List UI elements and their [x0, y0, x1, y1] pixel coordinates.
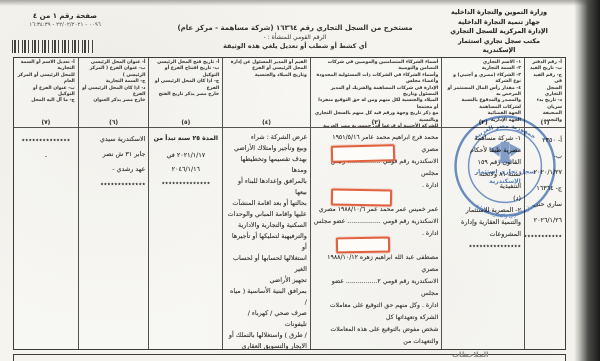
scan-top-shadow	[0, 0, 600, 6]
ministry-header: وزارة التموين والتجارة الداخليةجهاز تنمي…	[443, 8, 555, 56]
column-body: المدة ٢٥ سنة تبدأ من ٢٠٢١/١/١٧ في٢٠٤٦/١/…	[149, 128, 222, 349]
column-number: (٤)	[223, 120, 310, 126]
scan-right-shadow	[574, 0, 600, 361]
scanned-document-photo: صفحة رقم ١ من ٤ ٠٠٩٦ - ٢٢/٠٢/٢٠٢١ - ١٦:٣…	[0, 0, 600, 361]
table-column-duration-dates: أ- تاريخ فتح المحل الرئيسيب- تاريخ افتتا…	[148, 58, 222, 349]
table-column-registration-numbers: أ- رقم الدفترب- تاريخ القيدج- رقم القيد …	[524, 58, 565, 349]
column-number: (٦)	[79, 120, 149, 126]
redaction-box	[336, 237, 390, 254]
column-header: أ- تاريخ فتح المحل الرئيسيب- تاريخ افتتا…	[149, 58, 222, 128]
column-number: (٥)	[149, 120, 222, 126]
column-number: (١)	[525, 120, 565, 126]
column-header: ١- الاسم التجاري٢- السمة التجارية٣- الشر…	[442, 58, 524, 128]
column-header: أسماء الشركاء المتضامنين والموصين في شرك…	[311, 58, 441, 128]
table-column-address: أ- عنوان المحل الرئيسيب- عنوان الفرع ( ا…	[78, 58, 149, 349]
document-title-block: مستخرج من السجل التجاري رقم ١٦٣٦٤ (شركة …	[170, 23, 420, 51]
scan-timestamp: ٠٠٩٦ - ٢٢/٠٢/٢٠٢١ - ١٦:٣٤:٣٩	[10, 22, 120, 28]
duration-dates: ٢٠٢١/١/١٧ في٢٠٤٦/١/١٦٭٭٭٭٭٭٭٭٭٭٭٭٭٭	[152, 148, 219, 190]
document-paper: صفحة رقم ١ من ٤ ٠٠٩٦ - ٢٢/٠٢/٢٠٢١ - ١٦:٣…	[0, 0, 600, 361]
notes-label: الملاحظات	[452, 351, 489, 359]
column-header-text: أ- تعديل الاسم أو السمة التجاريةللمحل ال…	[17, 60, 75, 105]
column-body: ١- شركة مساهمةمصرية طبقا لأحكامالقانون ر…	[442, 128, 524, 349]
column-body: غرض الشركة : شراءوبيع وتأجير وامتلاك الأ…	[223, 128, 310, 349]
document-title: مستخرج من السجل التجاري رقم ١٦٣٦٤ (شركة …	[170, 23, 420, 33]
column-header: القيم أو المدير المسئول عن إدارةالمحل ال…	[223, 58, 310, 128]
column-header: أ- عنوان المحل الرئيسيب- عنوان الفرع ( ا…	[79, 58, 149, 128]
registry-table: أ- رقم الدفترب- تاريخ القيدج- رقم القيد …	[13, 57, 566, 350]
table-column-amendments: أ- تعديل الاسم أو السمة التجاريةللمحل ال…	[14, 58, 78, 349]
column-header-text: القيم أو المدير المسئول عن إدارةالمحل ال…	[226, 60, 307, 79]
page-meta: صفحة رقم ١ من ٤ ٠٠٩٦ - ٢٢/٠٢/٢٠٢١ - ١٦:٣…	[10, 12, 120, 28]
column-header-text: أ- رقم الدفترب- تاريخ القيدج- رقم القيد …	[528, 60, 562, 124]
column-body: الاسكندرية سيديجابر ٣١ ش نصرعهد رشدي -٭٭…	[79, 128, 149, 349]
warning-line: أي كشط أو شطب أو تعديل يلغي هذه الوثيقة	[170, 42, 420, 51]
redaction-box	[331, 144, 395, 163]
table-column-company-name: ١- الاسم التجاري٢- السمة التجارية٣- الشر…	[441, 58, 524, 349]
column-header-text: أسماء الشركاء المتضامنين والموصين في شرك…	[314, 60, 438, 128]
column-number: (٧)	[14, 120, 78, 126]
national-number-line: الرقم القومي للمنشأة : -	[170, 33, 420, 42]
column-header-text: أ- تاريخ فتح المحل الرئيسيب- تاريخ افتتا…	[152, 60, 219, 98]
column-header-text: أ- عنوان المحل الرئيسيب- عنوان الفرع ( ا…	[82, 60, 146, 105]
table-column-company-purpose: القيم أو المدير المسئول عن إدارةالمحل ال…	[222, 58, 310, 349]
redaction-box	[331, 188, 392, 206]
column-header-text: ١- الاسم التجاري٢- السمة التجارية٣- الشر…	[445, 60, 521, 124]
column-header: أ- رقم الدفترب- تاريخ القيدج- رقم القيد …	[525, 58, 565, 128]
duration-label: المدة ٢٥ سنة تبدأ من	[152, 132, 219, 146]
column-body: أ- ٢٣٥٠ب- ٢٠٢٠/١/٢٧ج- ١٦٣٦٤ساري حتى٢٠٢٦/…	[525, 128, 565, 349]
column-body: ٭٭٭٭٭٭٭٭٭٭٭٭٭٭-	[14, 128, 78, 349]
column-header: أ- تعديل الاسم أو السمة التجاريةللمحل ال…	[14, 58, 78, 128]
barcode-icon	[12, 40, 94, 53]
column-number: (٢)	[442, 120, 524, 126]
page-number: صفحة رقم ١ من ٤	[10, 12, 120, 20]
column-number: (٣)	[311, 120, 441, 126]
